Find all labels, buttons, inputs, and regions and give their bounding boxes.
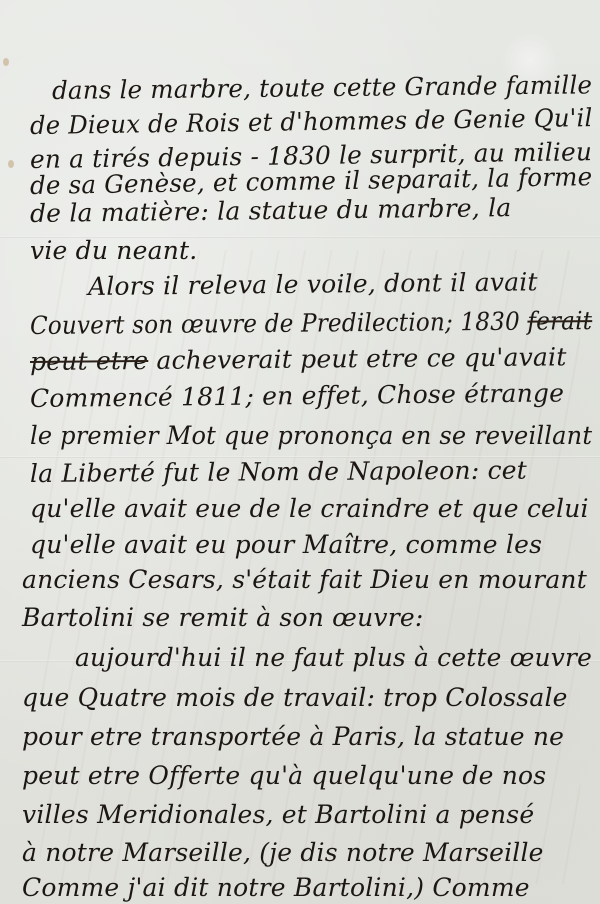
- line-text: dans le marbre, toute cette Grande famil…: [52, 70, 592, 105]
- line-text: qu'elle avait eue de le craindre et que …: [30, 494, 589, 523]
- text-line: villes Meridionales, et Bartolini a pens…: [22, 800, 534, 829]
- text-line: vie du neant.: [30, 236, 197, 265]
- line-text: Alors il releva le voile, dont il avait: [88, 267, 538, 301]
- text-line: qu'elle avait eu pour Maître, comme les: [30, 530, 542, 559]
- text-line: pour etre transportée à Paris, la statue…: [22, 722, 564, 751]
- line-text: Commencé 1811; en effet, Chose étrange: [30, 378, 564, 413]
- text-line: de la matière: la statue du marbre, la: [30, 193, 512, 228]
- manuscript-page: dans le marbre, toute cette Grande famil…: [0, 0, 600, 904]
- line-text: à notre Marseille, (je dis notre Marseil…: [22, 838, 544, 867]
- text-line: le premier Mot que prononça en se reveil…: [30, 421, 592, 450]
- text-line: Alors il releva le voile, dont il avait: [88, 267, 538, 301]
- line-text: vie du neant.: [30, 236, 197, 265]
- line-text: Couvert son œuvre de Predilection; 1830: [30, 307, 520, 340]
- paper-stain: [3, 58, 9, 66]
- text-line: anciens Cesars, s'était fait Dieu en mou…: [22, 565, 587, 594]
- line-text: peut etre Offerte qu'à quelqu'une de nos: [22, 761, 546, 790]
- text-line: dans le marbre, toute cette Grande famil…: [52, 70, 592, 105]
- line-text: villes Meridionales, et Bartolini a pens…: [22, 800, 534, 829]
- text-line: aujourd'hui il ne faut plus à cette œuvr…: [75, 643, 592, 672]
- paper-stain: [8, 160, 14, 168]
- text-line: de Dieux de Rois et d'hommes de Genie Qu…: [30, 103, 593, 140]
- text-line: la Liberté fut le Nom de Napoleon: cet: [30, 456, 527, 488]
- line-text: aujourd'hui il ne faut plus à cette œuvr…: [75, 643, 592, 672]
- line-text: la Liberté fut le Nom de Napoleon: cet: [30, 456, 527, 488]
- line-text: de Dieux de Rois et d'hommes de Genie Qu…: [30, 103, 593, 140]
- text-line: Couvert son œuvre de Predilection; 1830 …: [30, 306, 592, 340]
- text-line: Comme j'ai dit notre Bartolini,) Comme: [22, 873, 530, 902]
- text-line: peut etre acheverait peut etre ce qu'ava…: [30, 342, 567, 376]
- line-text: qu'elle avait eu pour Maître, comme les: [30, 530, 542, 559]
- line-text: Bartolini se remit à son œuvre:: [22, 603, 423, 632]
- text-line: à notre Marseille, (je dis notre Marseil…: [22, 838, 544, 867]
- text-line: Bartolini se remit à son œuvre:: [22, 603, 423, 632]
- line-text: que Quatre mois de travail: trop Colossa…: [22, 683, 568, 712]
- line-text: Comme j'ai dit notre Bartolini,) Comme: [22, 873, 530, 902]
- text-line: que Quatre mois de travail: trop Colossa…: [22, 683, 568, 712]
- text-line: Commencé 1811; en effet, Chose étrange: [30, 378, 564, 413]
- struck-word: ferait: [527, 306, 592, 336]
- struck-word: peut etre: [30, 346, 149, 376]
- line-text: de la matière: la statue du marbre, la: [30, 193, 512, 228]
- text-line: peut etre Offerte qu'à quelqu'une de nos: [22, 761, 546, 790]
- line-text: le premier Mot que prononça en se reveil…: [30, 421, 592, 450]
- line-text: pour etre transportée à Paris, la statue…: [22, 722, 564, 751]
- line-text: acheverait peut etre ce qu'avait: [156, 342, 566, 375]
- text-line: qu'elle avait eue de le craindre et que …: [30, 494, 589, 523]
- line-text: anciens Cesars, s'était fait Dieu en mou…: [22, 565, 587, 594]
